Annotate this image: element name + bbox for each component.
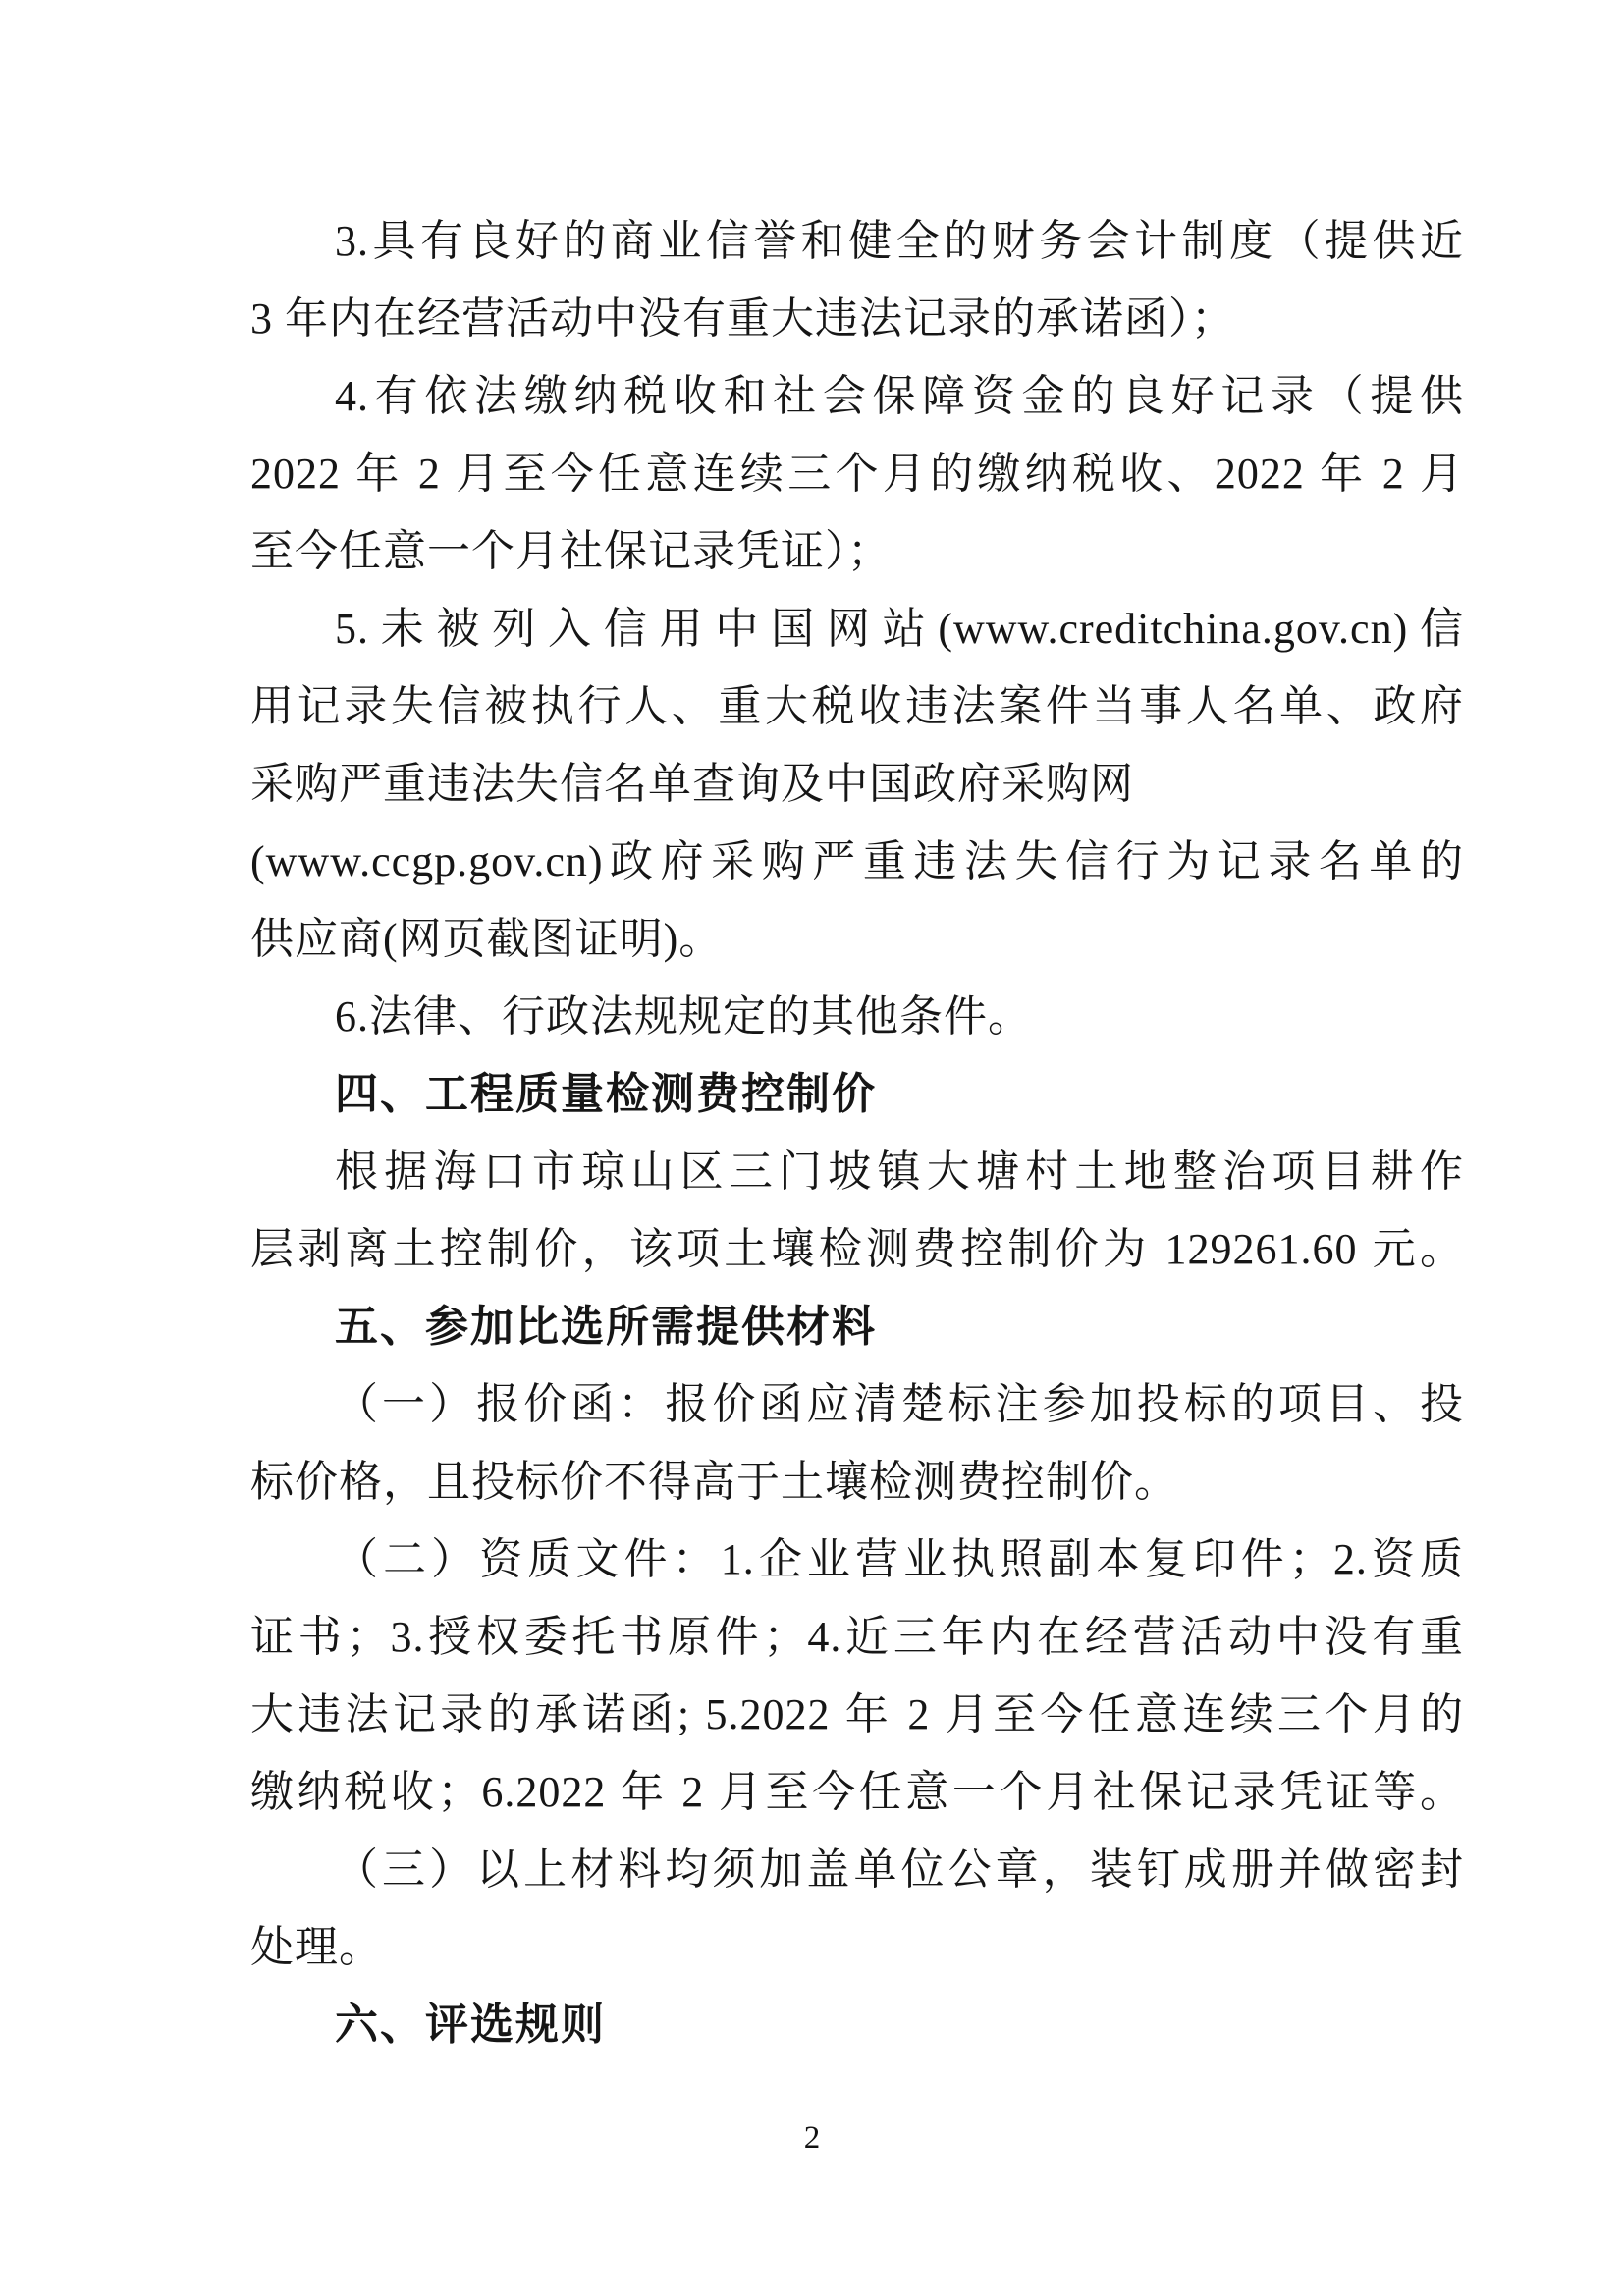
doc-line: 采购严重违法失信名单查询及中国政府采购网 [250,745,1464,823]
doc-line: 用记录失信被执行人、重大税收违法案件当事人名单、政府 [250,667,1464,745]
doc-line: 2022 年 2 月至今任意连续三个月的缴纳税收、2022 年 2 月 [250,435,1464,512]
doc-line: （二）资质文件：1.企业营业执照副本复印件；2.资质 [250,1521,1464,1598]
doc-line: （三）以上材料均须加盖单位公章，装钉成册并做密封 [250,1831,1464,1908]
doc-line: 处理。 [250,1908,1464,1986]
document-page: 3.具有良好的商业信誉和健全的财务会计制度（提供近 3 年内在经营活动中没有重大… [0,0,1624,2296]
section-heading-5: 五、参加比选所需提供材料 [250,1288,1464,1365]
doc-line: 至今任意一个月社保记录凭证）； [250,512,1464,590]
doc-line: 大违法记录的承诺函; 5.2022 年 2 月至今任意连续三个月的 [250,1676,1464,1753]
document-body: 3.具有良好的商业信誉和健全的财务会计制度（提供近 3 年内在经营活动中没有重大… [250,202,1464,2063]
doc-line: 标价格，且投标价不得高于土壤检测费控制价。 [250,1443,1464,1521]
page-number: 2 [0,2116,1624,2160]
section-heading-4: 四、工程质量检测费控制价 [250,1055,1464,1133]
doc-line: （一）报价函：报价函应清楚标注参加投标的项目、投 [250,1365,1464,1443]
doc-line: 3 年内在经营活动中没有重大违法记录的承诺函）； [250,280,1464,357]
doc-line: 6.法律、行政法规规定的其他条件。 [250,978,1464,1055]
doc-line: 3.具有良好的商业信誉和健全的财务会计制度（提供近 [250,202,1464,280]
doc-line: 缴纳税收；6.2022 年 2 月至今任意一个月社保记录凭证等。 [250,1753,1464,1831]
doc-line: 层剥离土控制价，该项土壤检测费控制价为 129261.60 元。 [250,1210,1464,1288]
doc-line: 证书；3.授权委托书原件；4.近三年内在经营活动中没有重 [250,1598,1464,1676]
doc-line: (www.ccgp.gov.cn)政府采购严重违法失信行为记录名单的 [250,823,1464,900]
doc-line: 根据海口市琼山区三门坡镇大塘村土地整治项目耕作 [250,1133,1464,1210]
doc-line: 供应商(网页截图证明)。 [250,900,1464,978]
doc-line: 4.有依法缴纳税收和社会保障资金的良好记录（提供 [250,357,1464,435]
doc-line: 5.未被列入信用中国网站(www.creditchina.gov.cn)信 [250,590,1464,667]
section-heading-6: 六、评选规则 [250,1986,1464,2063]
